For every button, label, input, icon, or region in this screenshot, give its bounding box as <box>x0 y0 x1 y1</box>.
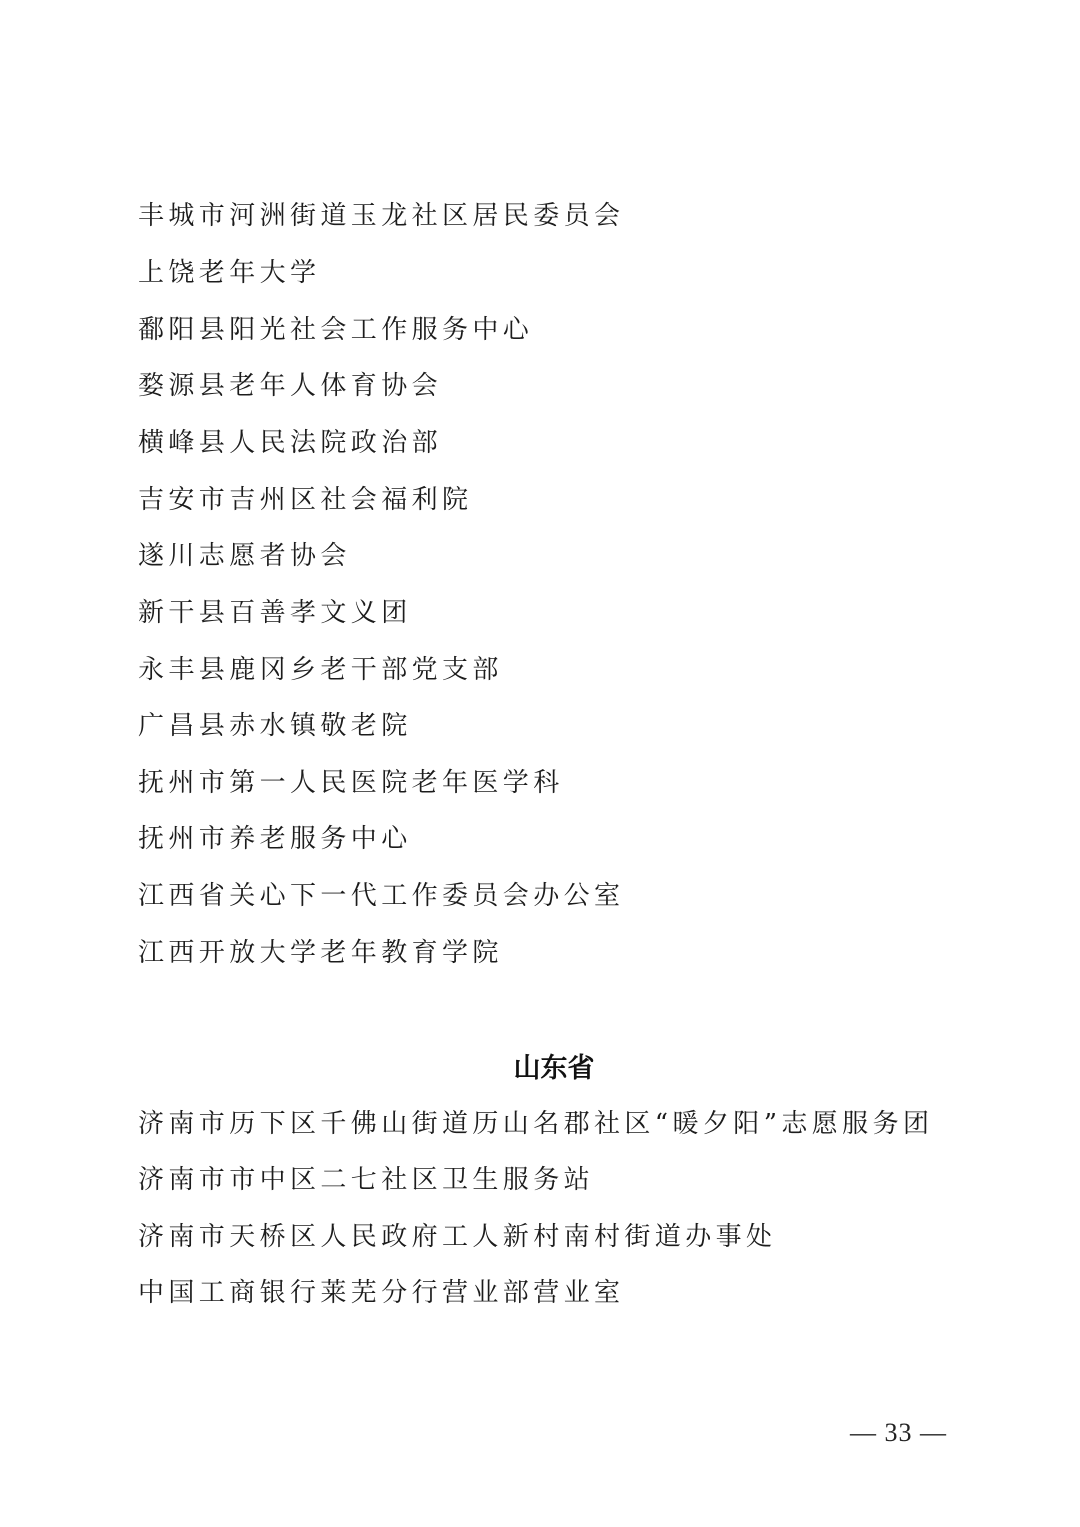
org-entry: 横峰县人民法院政治部 <box>138 426 442 460</box>
document-page: 丰城市河洲街道玉龙社区居民委员会 上饶老年大学 鄱阳县阳光社会工作服务中心 婺源… <box>0 0 1080 1527</box>
org-entry: 抚州市养老服务中心 <box>138 822 412 856</box>
org-entry: 济南市市中区二七社区卫生服务站 <box>138 1163 594 1197</box>
org-entry: 永丰县鹿冈乡老干部党支部 <box>138 653 503 687</box>
org-entry: 广昌县赤水镇敬老院 <box>138 709 412 743</box>
org-entry: 济南市天桥区人民政府工人新村南村街道办事处 <box>138 1220 776 1254</box>
org-entry: 新干县百善孝文义团 <box>138 596 412 630</box>
org-entry: 上饶老年大学 <box>138 256 320 290</box>
org-entry: 婺源县老年人体育协会 <box>138 369 442 403</box>
org-entry: 江西开放大学老年教育学院 <box>138 936 503 970</box>
org-entry: 中国工商银行莱芜分行营业部营业室 <box>138 1276 624 1310</box>
org-entry: 吉安市吉州区社会福利院 <box>138 483 472 517</box>
section-heading-shandong: 山东省 <box>0 1051 1080 1087</box>
page-number: — 33 — <box>850 1418 947 1448</box>
org-entry: 鄱阳县阳光社会工作服务中心 <box>138 313 533 347</box>
org-entry: 丰城市河洲街道玉龙社区居民委员会 <box>138 199 624 233</box>
org-entry: 抚州市第一人民医院老年医学科 <box>138 766 564 800</box>
org-entry: 江西省关心下一代工作委员会办公室 <box>138 879 624 913</box>
org-entry: 遂川志愿者协会 <box>138 539 351 573</box>
org-entry: 济南市历下区千佛山街道历山名郡社区“暖夕阳”志愿服务团 <box>138 1107 933 1141</box>
